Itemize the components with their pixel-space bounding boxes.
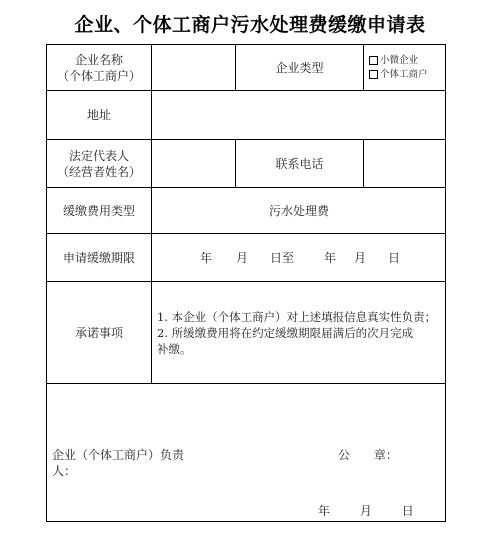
checkbox-icon[interactable]	[369, 56, 378, 65]
phone-field[interactable]	[364, 140, 446, 187]
commitment-line-2: 2. 所缓缴费用将在约定缓缴期限届满后的次月完成	[157, 325, 436, 341]
form-title: 企业、个体工商户污水处理费缓缴申请表	[0, 10, 500, 37]
responsible-line-2: 人：	[52, 463, 184, 479]
end-month: 月	[354, 250, 366, 266]
option-small-micro-label: 小微企业	[380, 54, 418, 68]
seal-label: 公 章：	[338, 447, 398, 463]
option-individual-label: 个体工商户	[380, 68, 428, 82]
commitment-line-1: 1. 本企业（个体工商户）对上述填报信息真实性负责；	[157, 309, 436, 325]
commitment-text: 1. 本企业（个体工商户）对上述填报信息真实性负责； 2. 所缓缴费用将在约定缓…	[152, 282, 446, 383]
checkbox-icon[interactable]	[369, 70, 378, 79]
commitment-label: 承诺事项	[47, 282, 151, 383]
legal-rep-label-line2: （经营者姓名）	[57, 164, 141, 180]
company-name-label-line2: （个体工商户）	[57, 68, 141, 84]
deferral-period-field[interactable]: 年 月 日至 年 月 日	[152, 234, 446, 281]
start-month: 月	[236, 250, 248, 266]
commitment-line-3: 补缴。	[157, 341, 436, 357]
deferral-period-label: 申请缓缴期限	[47, 234, 151, 281]
responsible-person-label: 企业（个体工商户）负责 人：	[52, 447, 184, 479]
sign-month: 月	[360, 504, 372, 518]
fee-type-value: 污水处理费	[152, 188, 446, 233]
company-type-label: 企业类型	[236, 45, 363, 90]
legal-rep-label: 法定代表人 （经营者姓名）	[47, 140, 151, 187]
company-name-field[interactable]	[152, 45, 235, 90]
sign-year: 年	[318, 504, 330, 518]
responsible-line-1: 企业（个体工商户）负责	[52, 447, 184, 463]
company-name-label-line1: 企业名称	[75, 52, 123, 68]
fee-type-label: 缓缴费用类型	[47, 188, 151, 233]
phone-label: 联系电话	[236, 140, 363, 187]
seal-char-2: 章：	[374, 448, 398, 462]
application-form: 企业名称 （个体工商户） 企业类型 小微企业 个体工商户 地址 法定代表人 （经…	[46, 44, 446, 522]
legal-rep-label-line1: 法定代表人	[69, 148, 129, 164]
address-field[interactable]	[152, 91, 446, 139]
company-name-label: 企业名称 （个体工商户）	[47, 45, 151, 90]
start-day-to: 日至	[270, 250, 294, 266]
start-year: 年	[200, 250, 212, 266]
end-day: 日	[388, 250, 400, 266]
option-small-micro[interactable]: 小微企业	[369, 54, 418, 68]
legal-rep-field[interactable]	[152, 140, 235, 187]
row-divider	[47, 383, 445, 384]
company-type-options: 小微企业 个体工商户	[364, 45, 446, 90]
address-label: 地址	[47, 91, 151, 139]
sign-day: 日	[402, 504, 414, 518]
end-year: 年	[324, 250, 336, 266]
signature-date[interactable]: 年 月 日	[318, 503, 414, 519]
seal-char-1: 公	[338, 448, 350, 462]
option-individual[interactable]: 个体工商户	[369, 68, 428, 82]
